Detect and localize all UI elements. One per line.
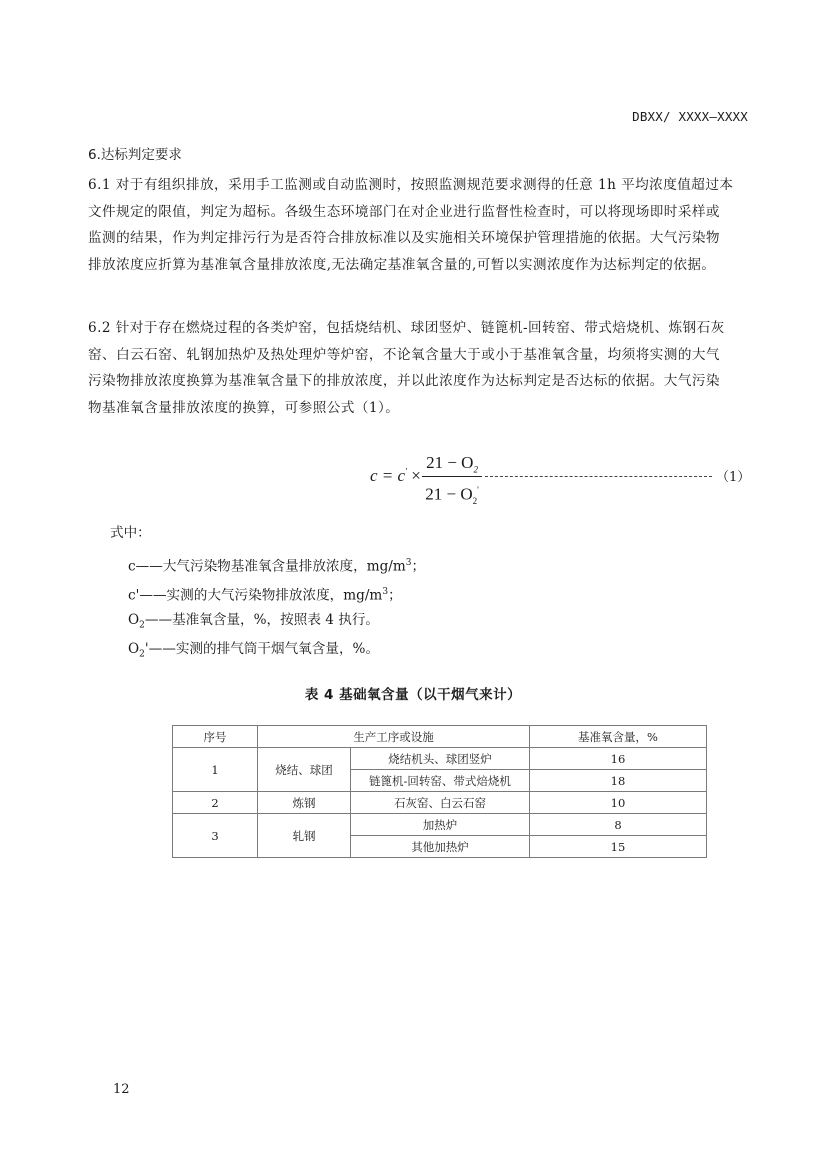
cell-number: 3 bbox=[173, 814, 258, 858]
cell-oxygen: 15 bbox=[530, 836, 707, 858]
cell-facility: 链篦机-回转窑、带式焙烧机 bbox=[351, 770, 530, 792]
table-row: 3 轧钢 加热炉 8 bbox=[173, 814, 707, 836]
paragraph-6-2: 6.2 针对于存在燃烧过程的各类炉窑，包括烧结机、球团竖炉、链篦机-回转窑、带式… bbox=[88, 315, 751, 421]
definition-c: c——大气污染物基准氧含量排放浓度，mg/m3； bbox=[128, 549, 425, 578]
paragraph-line: 6.1 对于有组织排放，采用手工监测或自动监测时，按照监测规范要求测得的任意 1… bbox=[88, 172, 751, 199]
table-row: 2 炼钢 石灰窑、白云石窑 10 bbox=[173, 792, 707, 814]
cell-process: 炼钢 bbox=[258, 792, 351, 814]
cell-oxygen: 18 bbox=[530, 770, 707, 792]
cell-facility: 烧结机头、球团竖炉 bbox=[351, 748, 530, 770]
header-process: 生产工序或设施 bbox=[258, 726, 530, 748]
table-caption: 表 4 基础氧含量（以干烟气来计） bbox=[0, 683, 826, 703]
paragraph-line: 文件规定的限值，判定为超标。各级生态环境部门在对企业进行监督性检查时，可以将现场… bbox=[88, 199, 751, 226]
formula-denominator: 21 − O2' bbox=[422, 479, 482, 501]
cell-facility: 加热炉 bbox=[351, 814, 530, 836]
definition-o2-prime: O2'——实测的排气筒干烟气氧含量，%。 bbox=[128, 635, 425, 664]
cell-process: 轧钢 bbox=[258, 814, 351, 858]
formula-lhs: c = c' × bbox=[370, 466, 421, 486]
where-label: 式中： bbox=[110, 521, 151, 541]
paragraph-line: 物基准氧含量排放浓度的换算，可参照公式（1）。 bbox=[88, 395, 751, 422]
table-header-row: 序号 生产工序或设施 基准氧含量，% bbox=[173, 726, 707, 748]
section-title: 6.达标判定要求 bbox=[88, 143, 182, 163]
cell-number: 1 bbox=[173, 748, 258, 792]
equation-number: （1） bbox=[716, 466, 750, 485]
paragraph-line: 排放浓度应折算为基准氧含量排放浓度,无法确定基准氧含量的,可暂以实测浓度作为达标… bbox=[88, 252, 751, 279]
cell-oxygen: 16 bbox=[530, 748, 707, 770]
formula-fraction: 21 − O2 21 − O2' bbox=[422, 452, 482, 501]
cell-process: 烧结、球团 bbox=[258, 748, 351, 792]
formula-numerator: 21 − O2 bbox=[422, 452, 482, 474]
cell-number: 2 bbox=[173, 792, 258, 814]
paragraph-line: 监测的结果，作为判定排污行为是否符合排放标准以及实施相关环境保护管理措施的依据。… bbox=[88, 225, 751, 252]
paragraph-line: 6.2 针对于存在燃烧过程的各类炉窑，包括烧结机、球团竖炉、链篦机-回转窑、带式… bbox=[88, 315, 751, 342]
cell-oxygen: 8 bbox=[530, 814, 707, 836]
variable-definitions: c——大气污染物基准氧含量排放浓度，mg/m3； c'——实测的大气污染物排放浓… bbox=[128, 549, 425, 663]
cell-facility: 其他加热炉 bbox=[351, 836, 530, 858]
header-number: 序号 bbox=[173, 726, 258, 748]
base-oxygen-table: 序号 生产工序或设施 基准氧含量，% 1 烧结、球团 烧结机头、球团竖炉 16 … bbox=[172, 725, 707, 858]
paragraph-line: 污染物排放浓度换算为基准氧含量下的排放浓度，并以此浓度作为达标判定是否达标的依据… bbox=[88, 368, 751, 395]
cell-oxygen: 10 bbox=[530, 792, 707, 814]
definition-o2: O2——基准氧含量，%，按照表 4 执行。 bbox=[128, 606, 425, 635]
paragraph-line: 窑、白云石窑、轧钢加热炉及热处理炉等炉窑，不论氧含量大于或小于基准氧含量，均须将… bbox=[88, 342, 751, 369]
document-code: DBXX/ XXXX—XXXX bbox=[632, 109, 748, 124]
page-number: 12 bbox=[113, 1082, 130, 1097]
cell-facility: 石灰窑、白云石窑 bbox=[351, 792, 530, 814]
definition-c-prime: c'——实测的大气污染物排放浓度，mg/m3； bbox=[128, 578, 425, 607]
header-oxygen: 基准氧含量，% bbox=[530, 726, 707, 748]
table-row: 1 烧结、球团 烧结机头、球团竖炉 16 bbox=[173, 748, 707, 770]
dotted-leader bbox=[485, 476, 712, 477]
paragraph-6-1: 6.1 对于有组织排放，采用手工监测或自动监测时，按照监测规范要求测得的任意 1… bbox=[88, 172, 751, 278]
fraction-bar bbox=[422, 476, 482, 477]
